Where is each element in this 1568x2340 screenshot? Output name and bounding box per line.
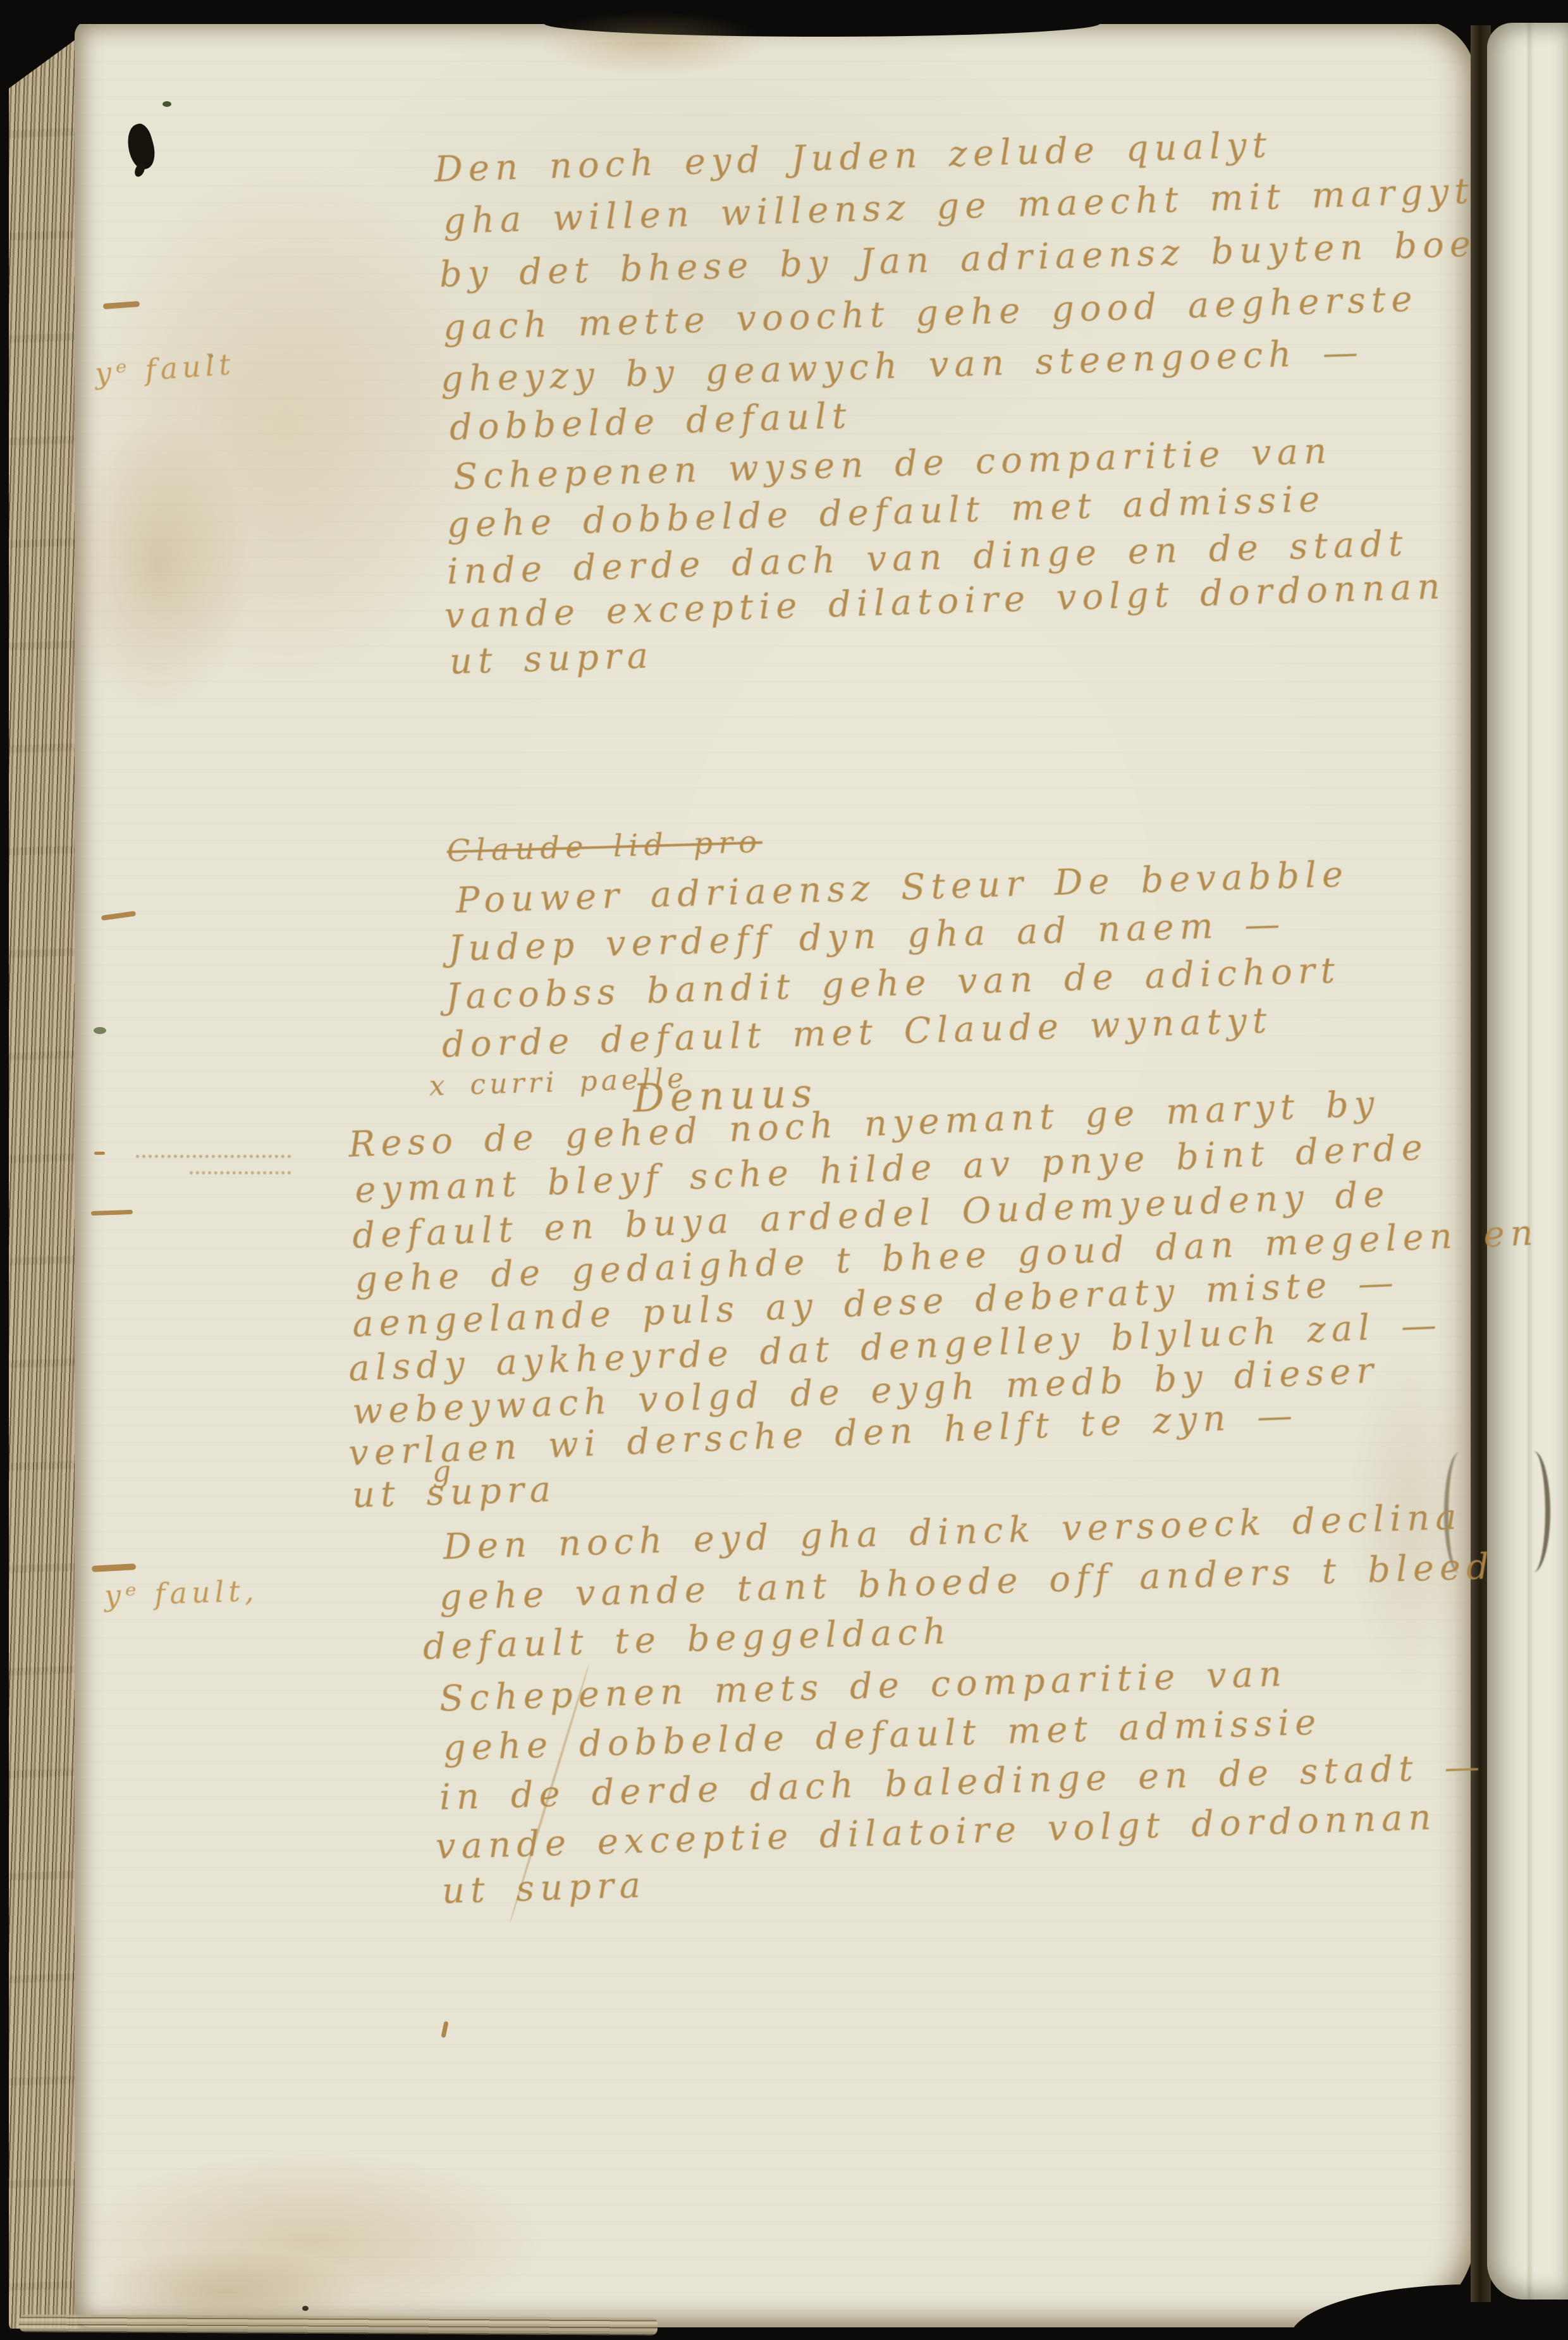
facing-page-edge: [1487, 23, 1568, 2300]
ink-line: ut supra: [449, 635, 654, 682]
green-speck: [162, 101, 171, 107]
bottom-page-edges: [19, 2314, 658, 2335]
margin-note-2: yᵉ fault,: [104, 1573, 259, 1613]
green-speck: [94, 1027, 106, 1034]
margin-tick: [94, 1152, 105, 1155]
page-stack-fore-edge: [9, 35, 81, 2331]
margin-dots: [136, 1155, 291, 1158]
manuscript-photo: yᵉ fault yᵉ fault, Den noch eyd Juden ze…: [0, 0, 1568, 2340]
ink-line: ut supra: [441, 1864, 647, 1912]
margin-dots: [190, 1171, 291, 1174]
dark-speck: [302, 2306, 309, 2311]
top-edge-wave: [544, 0, 1100, 37]
gutter-grime-right: [1516, 1451, 1550, 1572]
stray-squiggle: g: [432, 1454, 457, 1489]
